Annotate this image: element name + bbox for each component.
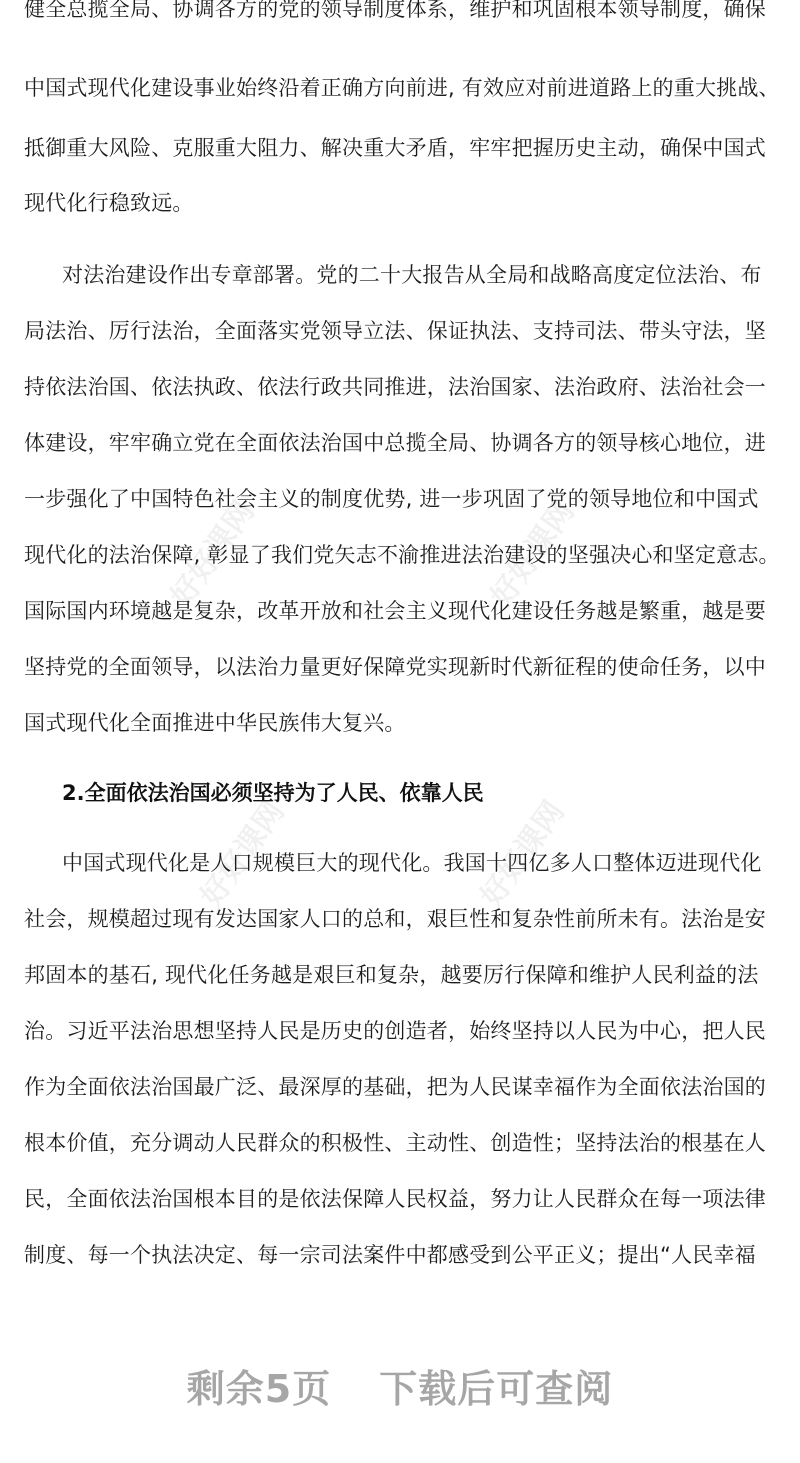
- paragraph-line: 现代化行稳致远。: [24, 188, 194, 218]
- paragraph-line: 抵御重大风险、克服重大阻力、解决重大矛盾，牢牢把握历史主动，确保中国式: [24, 133, 766, 163]
- paragraph-line: 作为全面依法治国最广泛、最深厚的基础，把为人民谋幸福作为全面依法治国的: [24, 1072, 766, 1102]
- paragraph-line: 一步强化了中国特色社会主义的制度优势, 进一步巩固了党的领导地位和中国式: [24, 484, 759, 514]
- paragraph-line: 坚持党的全面领导，以法治力量更好保障党实现新时代新征程的使命任务，以中: [24, 652, 766, 682]
- section-heading: 2.全面依法治国必须坚持为了人民、依靠人民: [62, 778, 484, 808]
- paragraph-line: 对法治建设作出专章部署。党的二十大报告从全局和战略高度定位法治、布: [62, 260, 762, 290]
- paragraph-line: 制度、每一个执法决定、每一宗司法案件中都感受到公平正义；提出“人民幸福: [24, 1240, 756, 1270]
- paragraph-line: 局法治、厉行法治，全面落实党领导立法、保证执法、支持司法、带头守法，坚: [24, 316, 766, 346]
- download-to-view-label[interactable]: 下载后可查阅: [379, 1358, 613, 1413]
- paragraph-line: 根本价值，充分调动人民群众的积极性、主动性、创造性；坚持法治的根基在人: [24, 1128, 766, 1158]
- document-page: 好好课网 好好课网 好好课网 好好课网 健全总揽全局、协调各方的党的领导制度体系…: [0, 0, 800, 1463]
- paragraph-line: 体建设，牢牢确立党在全面依法治国中总揽全局、协调各方的领导核心地位，进: [24, 428, 766, 458]
- paragraph-line: 邦固本的基石, 现代化任务越是艰巨和复杂，越要厉行保障和维护人民利益的法: [24, 960, 759, 990]
- paragraph-line: 国式现代化全面推进中华民族伟大复兴。: [24, 708, 406, 738]
- paragraph-line: 民，全面依法治国根本目的是依法保障人民权益，努力让人民群众在每一项法律: [24, 1184, 766, 1214]
- remaining-pages-banner[interactable]: 剩余5页下载后可查阅: [0, 1358, 800, 1413]
- paragraph-line: 健全总揽全局、协调各方的党的领导制度体系，维护和巩固根本领导制度，确保: [24, 0, 766, 24]
- paragraph-line: 社会，规模超过现有发达国家人口的总和，艰巨性和复杂性前所未有。法治是安: [24, 904, 766, 934]
- paragraph-line: 国际国内环境越是复杂，改革开放和社会主义现代化建设任务越是繁重，越是要: [24, 596, 766, 626]
- paragraph-line: 持依法治国、依法执政、依法行政共同推进，法治国家、法治政府、法治社会一: [24, 372, 766, 402]
- paragraph-line: 中国式现代化建设事业始终沿着正确方向前进, 有效应对前进道路上的重大挑战、: [24, 73, 780, 103]
- paragraph-line: 中国式现代化是人口规模巨大的现代化。我国十四亿多人口整体迈进现代化: [62, 848, 762, 878]
- paragraph-line: 现代化的法治保障, 彰显了我们党矢志不渝推进法治建设的坚强决心和坚定意志。: [24, 540, 780, 570]
- paragraph-line: 治。习近平法治思想坚持人民是历史的创造者，始终坚持以人民为中心，把人民: [24, 1016, 766, 1046]
- remaining-pages-label: 剩余5页: [187, 1358, 331, 1413]
